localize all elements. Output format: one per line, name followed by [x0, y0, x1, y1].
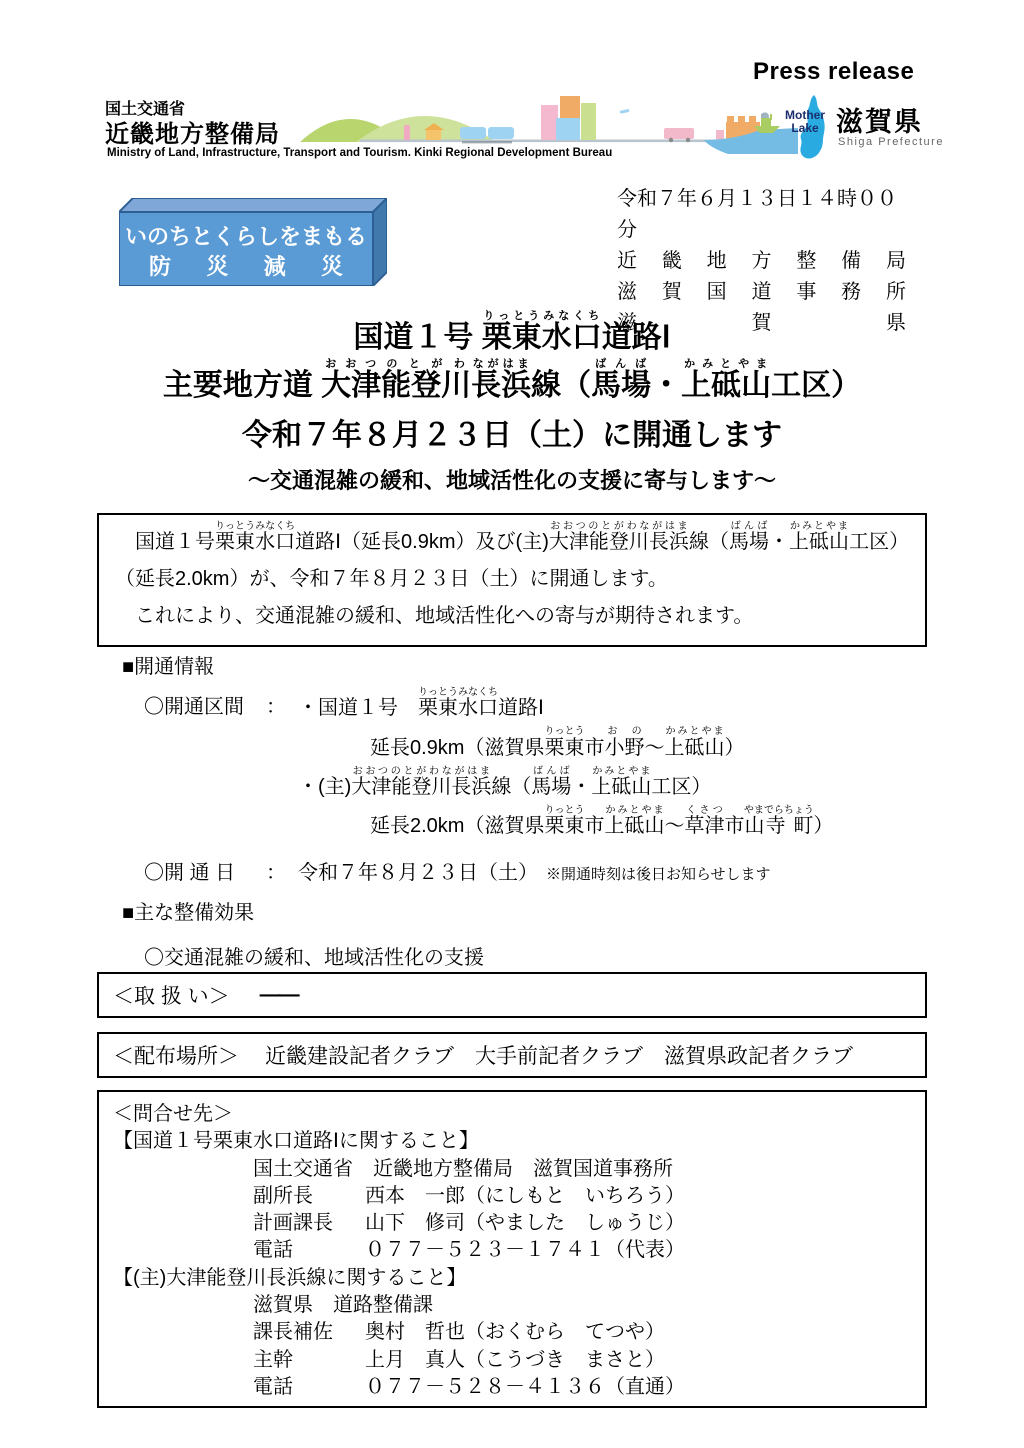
shiga-prefecture-name-english: Shiga Prefecture [838, 136, 944, 148]
opening-date-value: 令和７年８月２３日（土） [298, 862, 538, 884]
shiga-prefecture-logo: Mother Lake 滋賀県 Shiga Prefecture [780, 94, 960, 164]
distribution-value: 近畿建設記者クラブ 大手前記者クラブ 滋賀県政記者クラブ [265, 1040, 853, 1070]
contact-value: 奥村 哲也（おくむら てつや） [365, 1319, 665, 1346]
opening-date-colon: ： [266, 856, 298, 885]
contact-row: 課長補佐 奥村 哲也（おくむら てつや） [113, 1319, 911, 1346]
contact-role: 計画課長 [253, 1210, 365, 1237]
contact-heading: ＜問合せ先＞ [113, 1101, 911, 1128]
contact-role: 課長補佐 [253, 1319, 365, 1346]
distribution-label: ＜配布場所＞ [113, 1040, 239, 1070]
contact-section-2-title: 【(主)大津能登川長浜線に関すること】 [113, 1265, 911, 1292]
contact-box: ＜問合せ先＞ 【国道１号栗東水口道路Ⅰに関すること】 国土交通省 近畿地方整備局… [97, 1090, 927, 1408]
route-1: ・国道１号 栗東水口りっとうみなくち道路Ⅰ [298, 687, 833, 726]
route-2-detail: 延長2.0km（滋賀県栗東りっとう市上砥山かみとやま～草津くさつ市山寺 町やまで… [370, 805, 833, 844]
opening-routes: ・国道１号 栗東水口りっとうみなくち道路Ⅰ 延長0.9km（滋賀県栗東りっとう市… [298, 687, 833, 844]
contact-value: 山下 修司（やました しゅうじ） [365, 1210, 685, 1237]
distribution-box: ＜配布場所＞ 近畿建設記者クラブ 大手前記者クラブ 滋賀県政記者クラブ [97, 1032, 927, 1078]
badge-bousai-gensai: 防災減災 [149, 250, 343, 281]
contact-value: ０７７－５２３－１７４１（代表） [365, 1237, 685, 1264]
effects-item: 〇交通混雑の緩和、地域活性化の支援 [144, 941, 484, 970]
opening-section-label: 〇開通区間 [144, 687, 266, 727]
opening-date-note: ※開通時刻は後日お知らせします [546, 866, 771, 883]
route-1-detail: 延長0.9km（滋賀県栗東りっとう市小野お の～上砥山かみとやま） [370, 726, 833, 766]
effects-section: ■主な整備効果 〇交通混雑の緩和、地域活性化の支援 [122, 896, 484, 970]
contact-section-1-org: 国土交通省 近畿地方整備局 滋賀国道事務所 [113, 1156, 911, 1183]
contact-role: 主幹 [253, 1347, 365, 1374]
route-2: ・(主)大津能登川長浜おおつのとがわながはま線（馬場ばんば・上砥山かみとやま工区… [298, 766, 833, 805]
summary-paragraph-2: これにより、交通混雑の緩和、地域活性化への寄与が期待されます。 [115, 598, 909, 635]
bousai-gensai-badge: いのちとくらしをまもる 防災減災 [119, 198, 387, 286]
press-release-page: Press release 国土交通省 近畿地方整備局 Ministry of … [0, 0, 1024, 1448]
issue-datetime: 令和７年６月１３日１４時００分 [617, 184, 906, 246]
contact-role: 副所長 [253, 1183, 365, 1210]
contact-role: 電話 [253, 1374, 365, 1401]
opening-info-section: ■開通情報 〇開通区間 ： ・国道１号 栗東水口りっとうみなくち道路Ⅰ 延長0.… [122, 650, 833, 885]
contact-role: 電話 [253, 1237, 365, 1264]
contact-row: 電話 ０７７－５２８－４１３６（直通） [113, 1374, 911, 1401]
title-subtitle: ～交通混雑の緩和、地域活性化の支援に寄与します～ [0, 464, 1024, 495]
title-line-3: 令和７年８月２３日（土）に開通します [0, 410, 1024, 454]
summary-box: 国道１号栗東水口りっとうみなくち道路Ⅰ（延長0.9km）及び(主)大津能登川長浜… [97, 513, 927, 647]
bureau-name: 近畿地方整備局 [105, 114, 280, 149]
handling-value: ―― [260, 983, 298, 1007]
contact-value: ０７７－５２８－４１３６（直通） [365, 1374, 685, 1401]
contact-value: 上月 真人（こうづき まさと） [365, 1347, 665, 1374]
issuing-org-office: 滋賀国道事務所 [617, 277, 906, 308]
summary-paragraph-1: 国道１号栗東水口りっとうみなくち道路Ⅰ（延長0.9km）及び(主)大津能登川長浜… [115, 521, 909, 598]
contact-section-1-title: 【国道１号栗東水口道路Ⅰに関すること】 [113, 1128, 911, 1155]
contact-section-2-org: 滋賀県 道路整備課 [113, 1292, 911, 1319]
contact-row: 主幹 上月 真人（こうづき まさと） [113, 1347, 911, 1374]
opening-section-row: 〇開通区間 ： ・国道１号 栗東水口りっとうみなくち道路Ⅰ 延長0.9km（滋賀… [144, 687, 833, 844]
opening-section-colon: ： [266, 687, 298, 727]
title-block: 国道１号 栗東水口りっとうみなくち道路Ⅰ 主要地方道 大津おおつ能登川のとがわ長… [0, 310, 1024, 495]
handling-box: ＜取 扱 い＞ ―― [97, 972, 927, 1018]
title-line-2: 主要地方道 大津おおつ能登川のとがわ長浜ながはま線（馬場ばんば・上砥山かみとやま… [0, 358, 1024, 402]
mother-lake-word-2: Lake [780, 122, 830, 135]
title-line-1: 国道１号 栗東水口りっとうみなくち道路Ⅰ [0, 310, 1024, 354]
issuing-org-bureau: 近畿地方整備局 [617, 246, 906, 277]
ministry-name-english: Ministry of Land, Infrastructure, Transp… [107, 147, 612, 159]
effects-heading: ■主な整備効果 [122, 896, 484, 925]
contact-row: 電話 ０７７－５２３－１７４１（代表） [113, 1237, 911, 1264]
opening-info-heading: ■開通情報 [122, 650, 833, 679]
opening-date-label: 〇開 通 日 [144, 856, 266, 885]
landscape-illustration-icon [298, 92, 798, 154]
shiga-prefecture-name: 滋賀県 [836, 100, 923, 139]
badge-slogan: いのちとくらしをまもる [125, 220, 367, 251]
opening-date-row: 〇開 通 日：令和７年８月２３日（土）※開通時刻は後日お知らせします [144, 856, 833, 885]
contact-value: 西本 一郎（にしもと いちろう） [365, 1183, 685, 1210]
contact-row: 副所長 西本 一郎（にしもと いちろう） [113, 1183, 911, 1210]
mother-lake-wordmark: Mother Lake [780, 109, 830, 135]
contact-row: 計画課長 山下 修司（やました しゅうじ） [113, 1210, 911, 1237]
handling-label: ＜取 扱 い＞ [113, 980, 230, 1010]
press-release-label: Press release [753, 58, 914, 86]
